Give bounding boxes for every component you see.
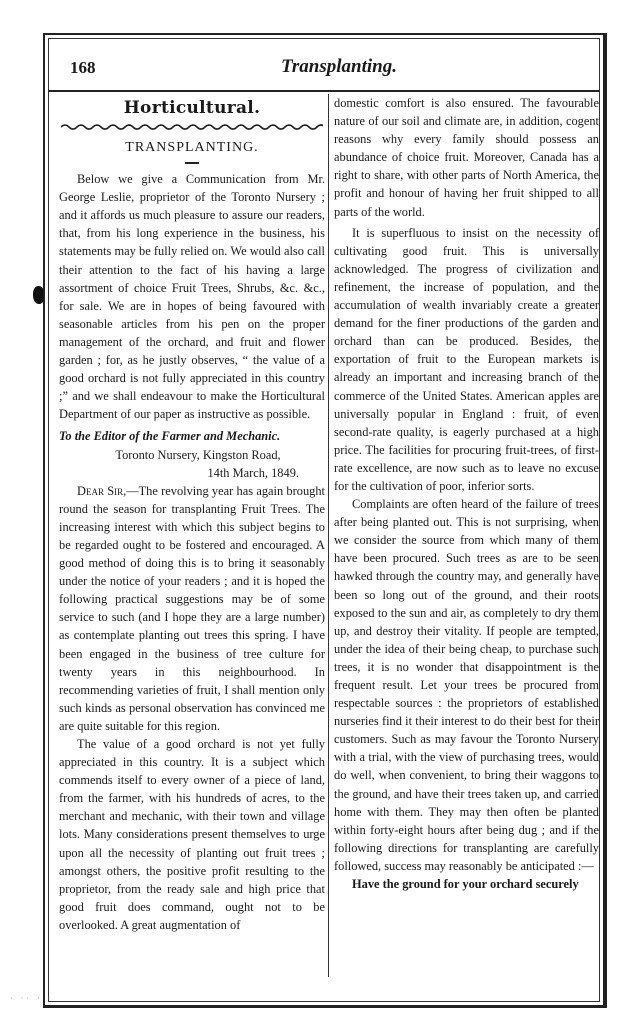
left-column: Horticultural. TRANSPLANTING. Below we g… bbox=[59, 94, 325, 993]
page-frame: 168 Transplanting. Horticultural. TRANSP… bbox=[43, 33, 607, 1008]
right-column: domestic comfort is also ensured. The fa… bbox=[334, 94, 599, 993]
column-divider bbox=[328, 94, 329, 977]
wavy-rule bbox=[61, 123, 323, 131]
page-header: 168 Transplanting. bbox=[49, 39, 599, 92]
right-paragraph-3: Complaints are often heard of the failur… bbox=[334, 495, 599, 875]
article-title: TRANSPLANTING. bbox=[59, 138, 325, 158]
scan-specks: · ·· · · bbox=[10, 994, 53, 1003]
salutation: Dear Sir, bbox=[77, 484, 126, 498]
page-frame-inner: 168 Transplanting. Horticultural. TRANSP… bbox=[48, 38, 600, 1002]
letter-paragraph-1: Dear Sir,—The revolving year has again b… bbox=[59, 482, 325, 735]
intro-paragraph: Below we give a Communication from Mr. G… bbox=[59, 170, 325, 423]
section-heading: Horticultural. bbox=[59, 96, 325, 120]
dateline-place: Toronto Nursery, Kingston Road, bbox=[59, 446, 325, 464]
to-editor-line: To the Editor of the Farmer and Mechanic… bbox=[59, 427, 325, 445]
right-paragraph-1: domestic comfort is also ensured. The fa… bbox=[334, 94, 599, 221]
short-rule bbox=[185, 162, 199, 164]
letter-paragraph-1-text: —The revolving year has again brought ro… bbox=[59, 484, 325, 733]
right-paragraph-4: Have the ground for your orchard securel… bbox=[334, 875, 599, 893]
running-title: Transplanting. bbox=[49, 56, 599, 78]
right-paragraph-2: It is superfluous to insist on the neces… bbox=[334, 224, 599, 495]
dateline-date: 14th March, 1849. bbox=[59, 464, 325, 482]
letter-paragraph-2: The value of a good orchard is not yet f… bbox=[59, 735, 325, 934]
